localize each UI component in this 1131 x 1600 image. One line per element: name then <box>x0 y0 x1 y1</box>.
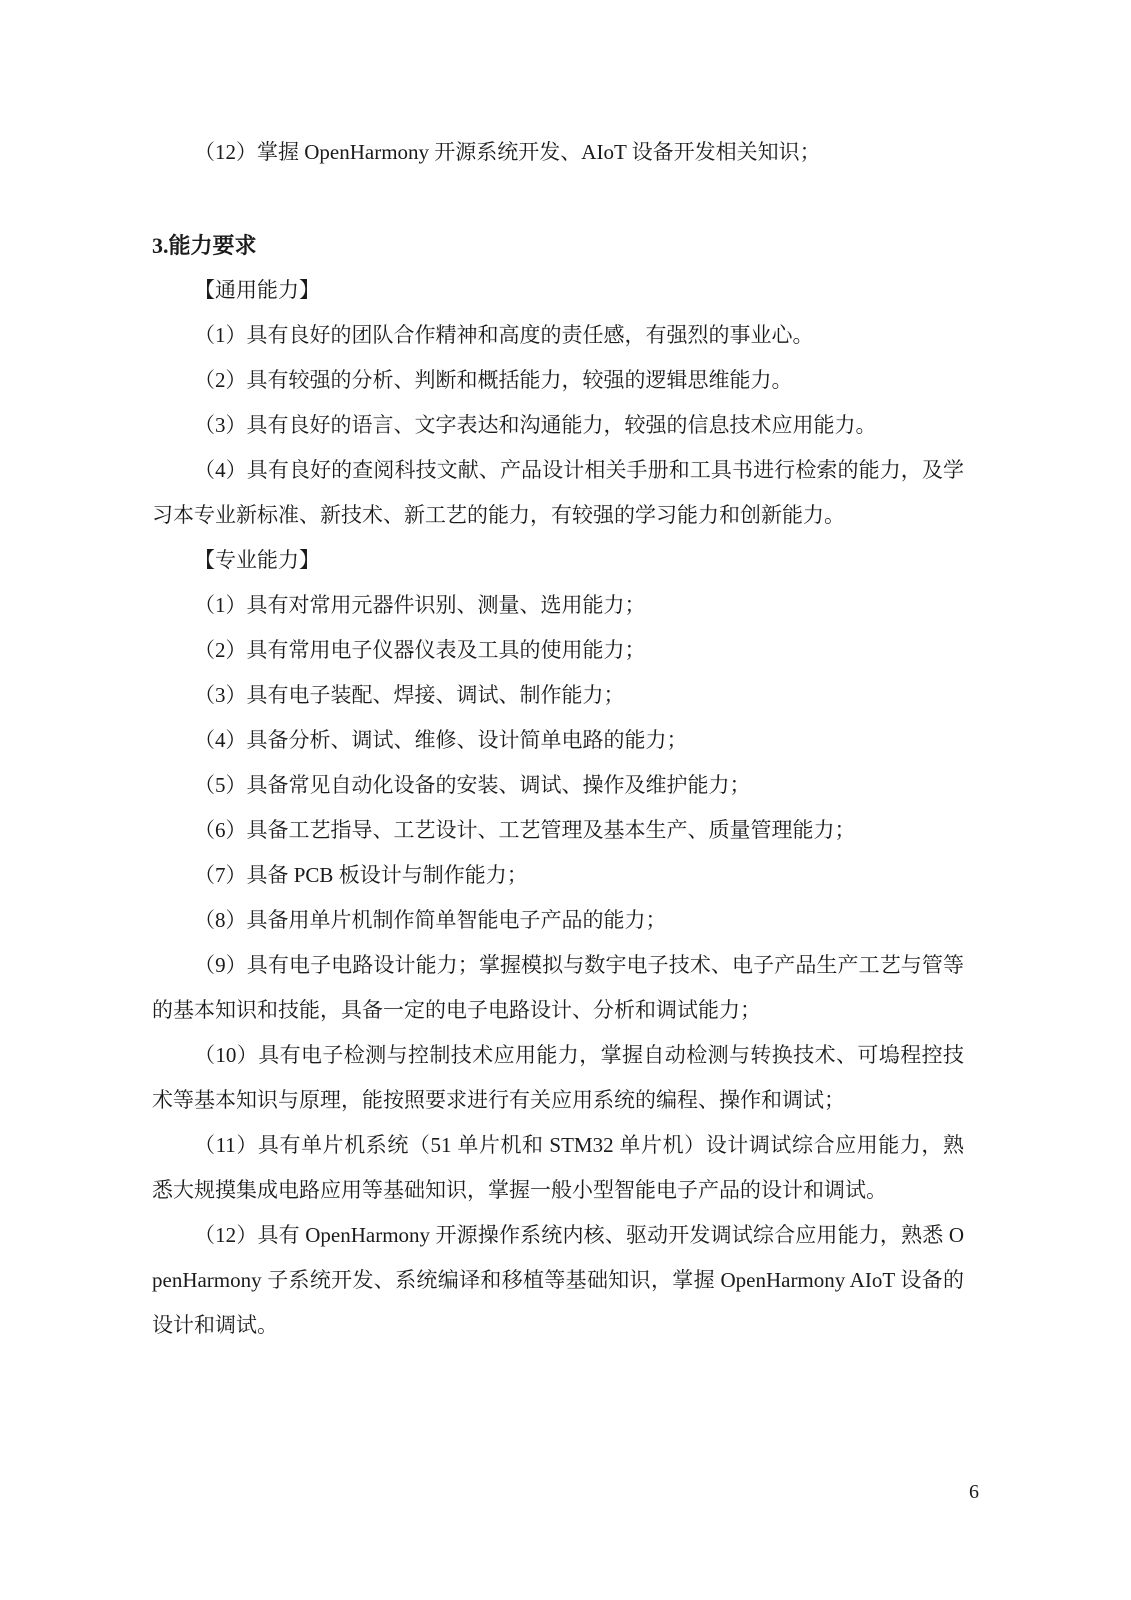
professional-ability-item-1: （1）具有对常用元器件识别、测量、选用能力； <box>152 583 964 628</box>
section-heading-ability-requirements: 3.能力要求 <box>152 223 964 268</box>
professional-ability-item-7: （7）具备 PCB 板设计与制作能力； <box>152 853 964 898</box>
general-ability-item-3: （3）具有良好的语言、文字表达和沟通能力，较强的信息技术应用能力。 <box>152 403 964 448</box>
page-number: 6 <box>969 1478 979 1506</box>
professional-ability-item-2: （2）具有常用电子仪器仪表及工具的使用能力； <box>152 628 964 673</box>
document-page: （12）掌握 OpenHarmony 开源系统开发、AIoT 设备开发相关知识；… <box>0 0 1131 1600</box>
general-ability-item-4: （4）具有良好的查阅科技文献、产品设计相关手册和工具书进行检索的能力，及学习本专… <box>152 448 964 538</box>
subsection-label-general-ability: 【通用能力】 <box>152 268 964 313</box>
professional-ability-item-9: （9）具有电子电路设计能力；掌握模拟与数宇电子技术、电子产品生产工艺与管等的基本… <box>152 943 964 1033</box>
professional-ability-item-3: （3）具有电子装配、焊接、调试、制作能力； <box>152 673 964 718</box>
professional-ability-item-12: （12）具有 OpenHarmony 开源操作系统内核、驱动开发调试综合应用能力… <box>152 1213 964 1348</box>
professional-ability-item-5: （5）具备常见自动化设备的安装、调试、操作及维护能力； <box>152 763 964 808</box>
paragraph-knowledge-item-12: （12）掌握 OpenHarmony 开源系统开发、AIoT 设备开发相关知识； <box>152 130 964 175</box>
professional-ability-item-4: （4）具备分析、调试、维修、设计简单电路的能力； <box>152 718 964 763</box>
general-ability-item-2: （2）具有较强的分析、判断和概括能力，较强的逻辑思维能力。 <box>152 358 964 403</box>
professional-ability-item-11: （11）具有单片机系统（51 单片机和 STM32 单片机）设计调试综合应用能力… <box>152 1123 964 1213</box>
professional-ability-item-8: （8）具备用单片机制作简单智能电子产品的能力； <box>152 898 964 943</box>
subsection-label-professional-ability: 【专业能力】 <box>152 538 964 583</box>
page-content: （12）掌握 OpenHarmony 开源系统开发、AIoT 设备开发相关知识；… <box>152 130 964 1348</box>
professional-ability-item-6: （6）具备工艺指导、工艺设计、工艺管理及基本生产、质量管理能力； <box>152 808 964 853</box>
professional-ability-item-10: （10）具有电子检测与控制技术应用能力，掌握自动检测与转换技术、可塢程控技术等基… <box>152 1033 964 1123</box>
general-ability-item-1: （1）具有良好的团队合作精神和高度的责任感，有强烈的事业心。 <box>152 313 964 358</box>
